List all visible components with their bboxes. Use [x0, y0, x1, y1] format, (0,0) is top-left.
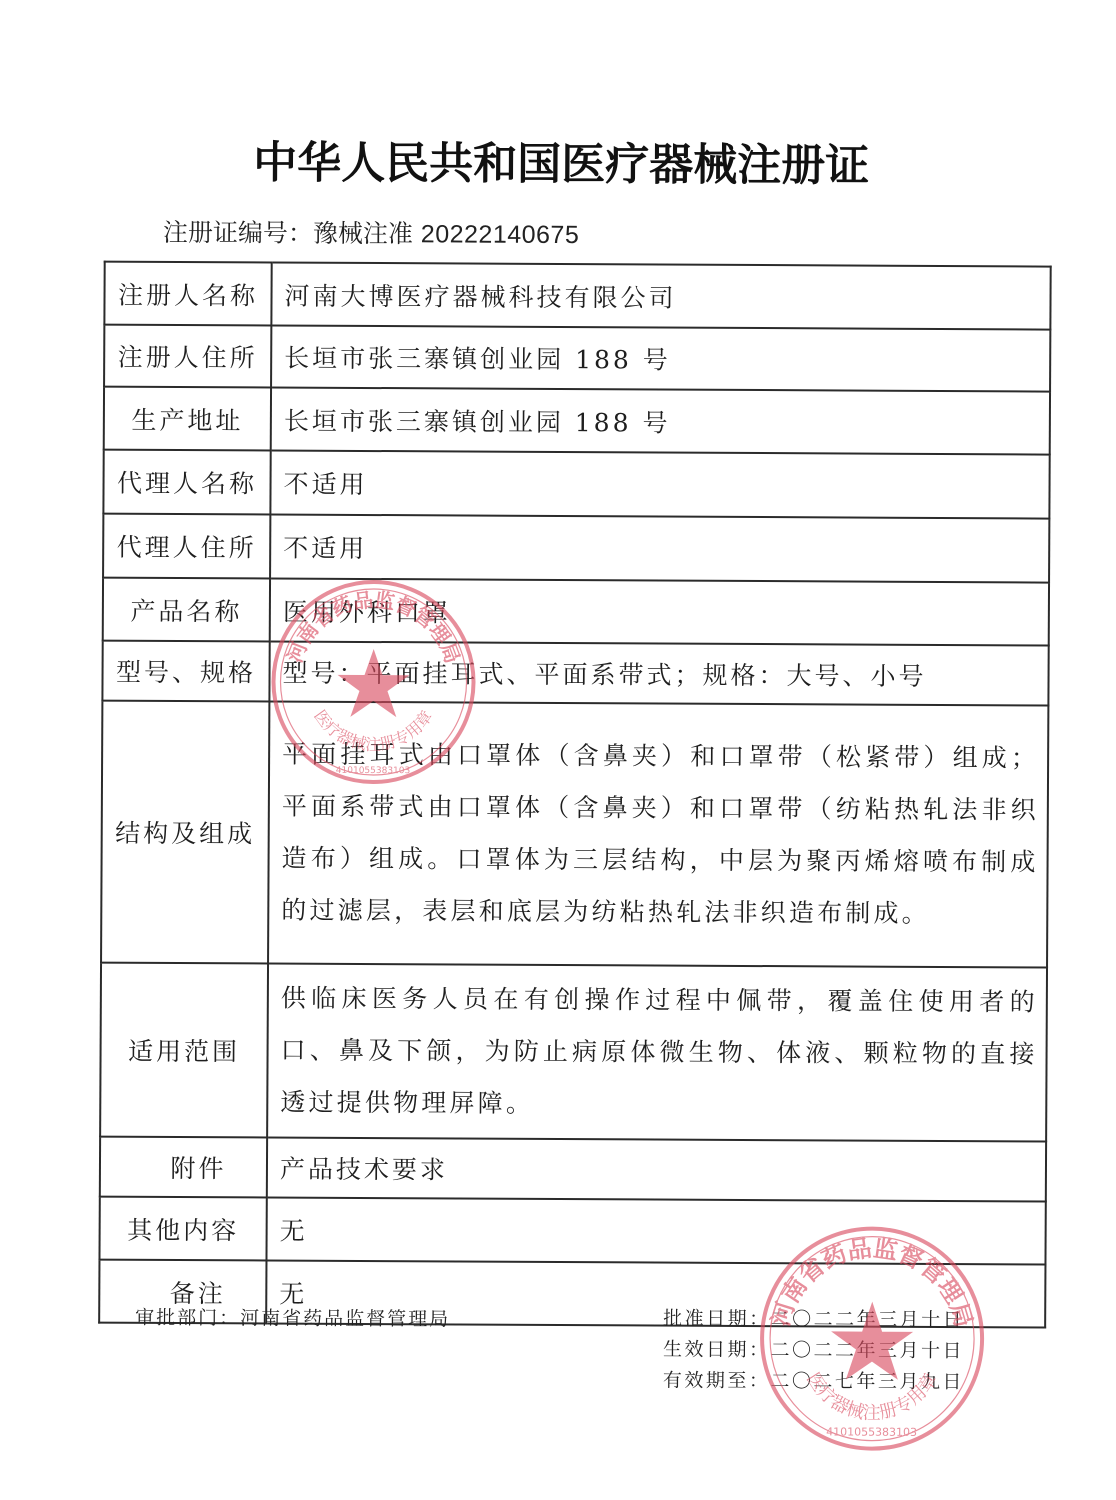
table-row: 产品名称 医用外科口罩 [103, 578, 1049, 646]
table-row: 附件 产品技术要求 [100, 1137, 1046, 1202]
approval-department: 审批部门：河南省药品监督管理局 [135, 1303, 450, 1332]
effective-date-value: 二〇二二年三月十日 [770, 1339, 964, 1362]
table-row: 生产地址 长垣市张三寨镇创业园 188 号 [104, 387, 1050, 455]
row-label-model-spec: 型号、规格 [102, 641, 269, 702]
row-label-structure: 结构及组成 [101, 701, 269, 964]
table-row: 代理人住所 不适用 [103, 514, 1049, 583]
row-value-structure: 平面挂耳式由口罩体（含鼻夹）和口罩带（松紧带）组成；平面系带式由口罩体（含鼻夹）… [268, 701, 1048, 967]
table-row: 注册人名称 河南大博医疗器械科技有限公司 [104, 262, 1050, 330]
approval-date-label: 批准日期： [663, 1308, 771, 1331]
certificate-table: 注册人名称 河南大博医疗器械科技有限公司 注册人住所 长垣市张三寨镇创业园 18… [98, 261, 1052, 1329]
table-row: 其他内容 无 [99, 1197, 1045, 1265]
table-row: 代理人名称 不适用 [103, 450, 1049, 519]
row-value-production-address: 长垣市张三寨镇创业园 188 号 [271, 387, 1050, 454]
row-label-registrant-name: 注册人名称 [104, 262, 271, 326]
row-label-other-content: 其他内容 [99, 1197, 266, 1261]
approval-department-label: 审批部门： [135, 1307, 240, 1330]
row-label-agent-name: 代理人名称 [103, 450, 270, 515]
row-label-attachment: 附件 [100, 1137, 267, 1198]
certificate-page: 中华人民共和国医疗器械注册证 注册证编号：豫械注准 20222140675 注册… [0, 0, 1116, 1500]
row-label-production-address: 生产地址 [104, 387, 271, 451]
approval-department-value: 河南省药品监督管理局 [240, 1307, 450, 1330]
row-label-agent-address: 代理人住所 [103, 514, 270, 579]
row-label-product-name: 产品名称 [103, 578, 270, 642]
registration-number-line: 注册证编号：豫械注准 20222140675 [163, 213, 580, 251]
row-value-other-content: 无 [266, 1197, 1045, 1264]
row-value-agent-address: 不适用 [270, 514, 1049, 582]
document-title: 中华人民共和国医疗器械注册证 [3, 125, 1116, 195]
effective-date-label: 生效日期： [663, 1339, 771, 1362]
row-value-model-spec: 型号：平面挂耳式、平面系带式；规格：大号、小号 [269, 641, 1048, 705]
row-value-scope: 供临床医务人员在有创操作过程中佩带，覆盖住使用者的口、鼻及下颌，为防止病原体微生… [267, 963, 1047, 1141]
registration-number: 20222140675 [421, 220, 580, 249]
table-row: 适用范围 供临床医务人员在有创操作过程中佩带，覆盖住使用者的口、鼻及下颌，为防止… [100, 963, 1047, 1142]
table-row: 型号、规格 型号：平面挂耳式、平面系带式；规格：大号、小号 [102, 641, 1048, 706]
registration-number-label: 注册证编号： [163, 218, 313, 248]
date-block: 批准日期：二〇二二年三月十日 生效日期：二〇二二年三月十日 有效期至：二〇二七年… [663, 1304, 965, 1399]
row-label-registrant-address: 注册人住所 [104, 325, 271, 388]
svg-text:4101055383103: 4101055383103 [826, 1425, 917, 1438]
expiry-date: 有效期至：二〇二七年三月九日 [663, 1366, 964, 1399]
row-label-scope: 适用范围 [100, 963, 268, 1138]
approval-date-value: 二〇二二年三月十日 [771, 1308, 965, 1331]
row-value-attachment: 产品技术要求 [267, 1137, 1046, 1201]
table-row: 注册人住所 长垣市张三寨镇创业园 188 号 [104, 325, 1050, 392]
table-row: 结构及组成 平面挂耳式由口罩体（含鼻夹）和口罩带（松紧带）组成；平面系带式由口罩… [101, 701, 1048, 968]
expiry-date-label: 有效期至： [663, 1370, 771, 1393]
approval-date: 批准日期：二〇二二年三月十日 [663, 1304, 964, 1337]
row-value-product-name: 医用外科口罩 [270, 578, 1049, 645]
effective-date: 生效日期：二〇二二年三月十日 [663, 1335, 964, 1368]
row-value-agent-name: 不适用 [270, 450, 1049, 518]
registration-number-prefix: 豫械注准 [313, 219, 413, 249]
row-value-registrant-address: 长垣市张三寨镇创业园 188 号 [271, 325, 1050, 391]
row-value-registrant-name: 河南大博医疗器械科技有限公司 [271, 262, 1050, 329]
expiry-date-value: 二〇二七年三月九日 [770, 1370, 964, 1393]
